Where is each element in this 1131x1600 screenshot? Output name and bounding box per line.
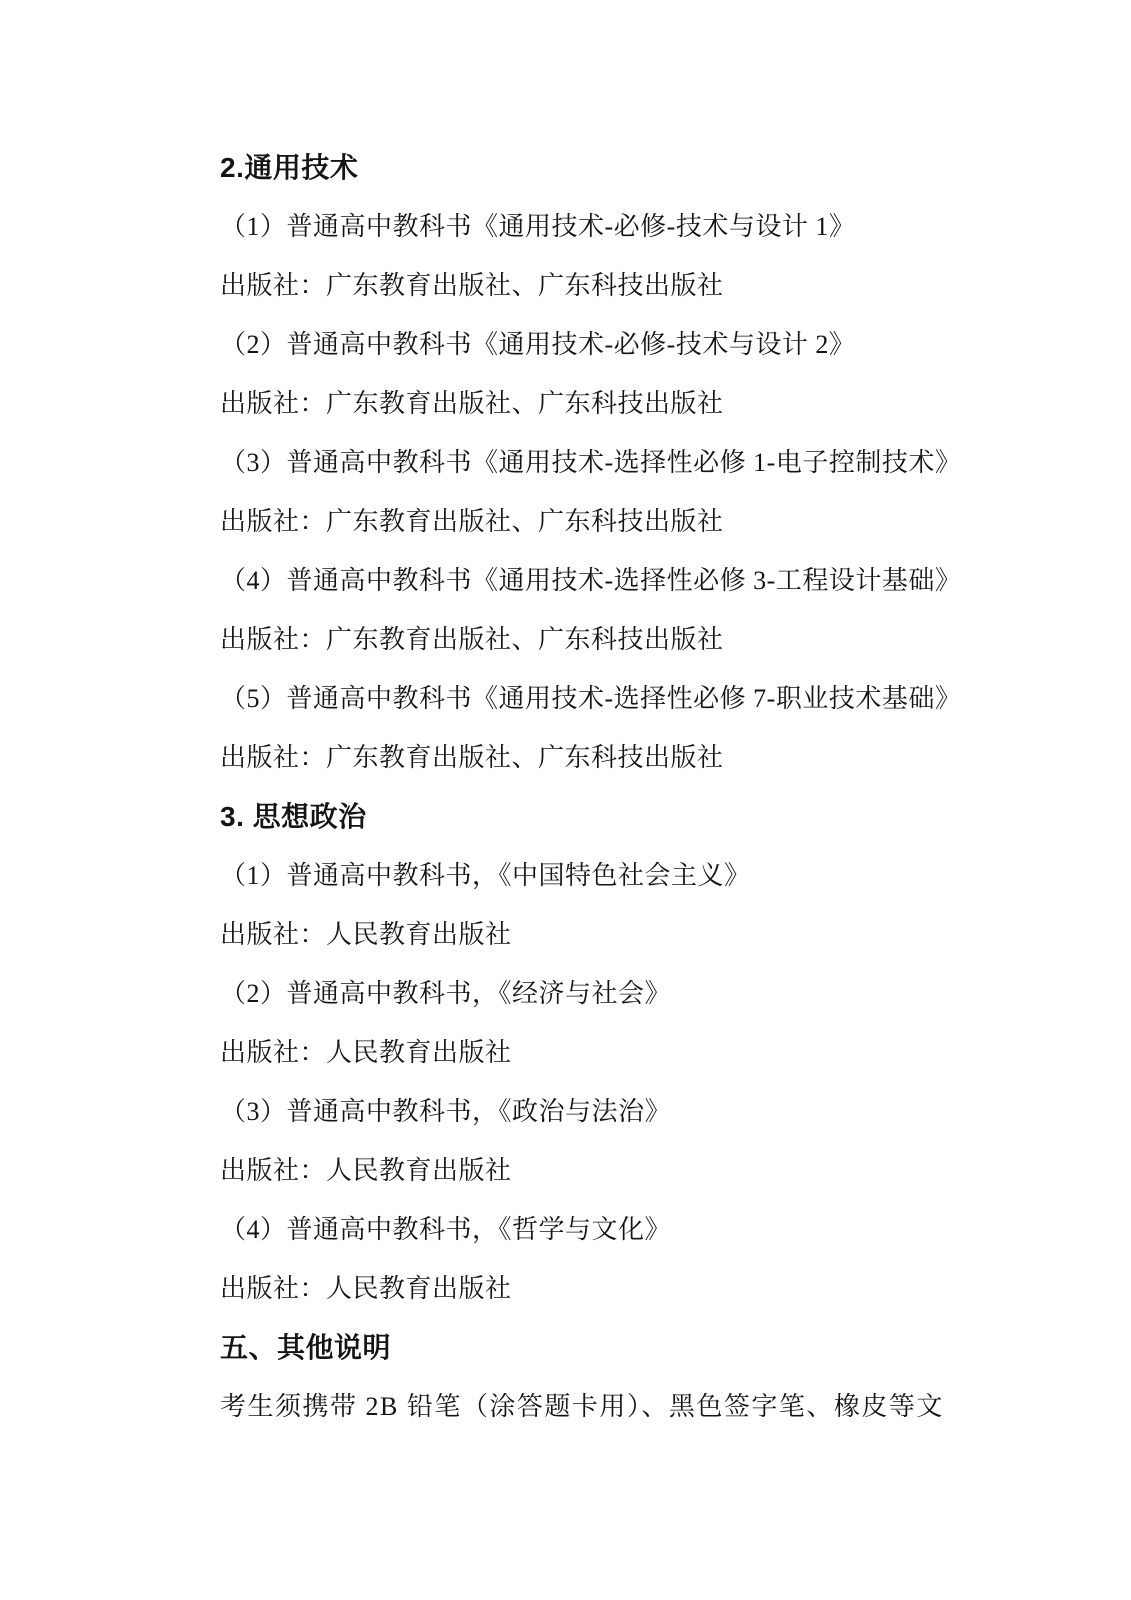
publisher-line-gt-4: 出版社：广东教育出版社、广东科技出版社 bbox=[220, 610, 980, 669]
textbook-entry-gt-1: （1）普通高中教科书《通用技术-必修-技术与设计 1》 bbox=[220, 197, 980, 256]
publisher-line-ip-2: 出版社：人民教育出版社 bbox=[220, 1023, 980, 1082]
publisher-line-ip-4: 出版社：人民教育出版社 bbox=[220, 1259, 980, 1318]
textbook-entry-ip-1: （1）普通高中教科书，《中国特色社会主义》 bbox=[220, 846, 980, 905]
publisher-line-ip-1: 出版社：人民教育出版社 bbox=[220, 905, 980, 964]
publisher-line-ip-3: 出版社：人民教育出版社 bbox=[220, 1141, 980, 1200]
publisher-line-gt-2: 出版社：广东教育出版社、广东科技出版社 bbox=[220, 374, 980, 433]
publisher-line-gt-5: 出版社：广东教育出版社、广东科技出版社 bbox=[220, 728, 980, 787]
section-heading-ideological-politics: 3. 思想政治 bbox=[220, 787, 980, 846]
section-heading-general-technology: 2.通用技术 bbox=[220, 138, 980, 197]
document-page: 2.通用技术 （1）普通高中教科书《通用技术-必修-技术与设计 1》 出版社：广… bbox=[0, 0, 1131, 1600]
textbook-entry-gt-4: （4）普通高中教科书《通用技术-选择性必修 3-工程设计基础》 bbox=[220, 551, 980, 610]
textbook-entry-gt-5: （5）普通高中教科书《通用技术-选择性必修 7-职业技术基础》 bbox=[220, 669, 980, 728]
textbook-entry-gt-3: （3）普通高中教科书《通用技术-选择性必修 1-电子控制技术》 bbox=[220, 433, 980, 492]
document-content: 2.通用技术 （1）普通高中教科书《通用技术-必修-技术与设计 1》 出版社：广… bbox=[220, 138, 980, 1436]
textbook-entry-ip-2: （2）普通高中教科书，《经济与社会》 bbox=[220, 964, 980, 1023]
textbook-entry-ip-3: （3）普通高中教科书，《政治与法治》 bbox=[220, 1082, 980, 1141]
note-exam-supplies: 考生须携带 2B 铅笔（涂答题卡用）、黑色签字笔、橡皮等文 bbox=[220, 1377, 980, 1436]
section-heading-other-notes: 五、其他说明 bbox=[220, 1318, 980, 1377]
textbook-entry-ip-4: （4）普通高中教科书，《哲学与文化》 bbox=[220, 1200, 980, 1259]
publisher-line-gt-1: 出版社：广东教育出版社、广东科技出版社 bbox=[220, 256, 980, 315]
textbook-entry-gt-2: （2）普通高中教科书《通用技术-必修-技术与设计 2》 bbox=[220, 315, 980, 374]
publisher-line-gt-3: 出版社：广东教育出版社、广东科技出版社 bbox=[220, 492, 980, 551]
